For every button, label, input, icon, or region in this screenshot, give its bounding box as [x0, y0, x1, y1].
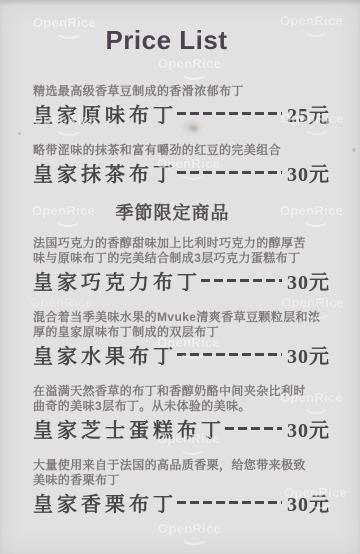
item-price: 30元	[287, 414, 330, 443]
item-description-line: 味与原味布丁的完美结合制成3层巧克力蛋糕布丁	[33, 251, 330, 266]
item-name: 皇家香栗布丁	[33, 488, 177, 517]
item-name: 皇家抹茶布丁	[33, 158, 177, 187]
item-description-line: 在溢满天然香草的布丁和香醇奶酪中间夹杂比利时	[33, 384, 330, 399]
item-description-line: 法国巧克力的香醇甜味加上比利时巧克力的醇厚苦	[33, 236, 330, 251]
item-row: 皇家芝士蛋糕布丁 30元	[33, 416, 330, 440]
item-price: 30元	[287, 266, 330, 295]
dash-leader	[177, 342, 284, 366]
item-row: 皇家巧克力布丁 30元	[33, 268, 330, 292]
item-description-line: 美味的香栗布丁	[33, 473, 330, 488]
item-description-line: 曲奇的美味3层布丁。从未体验的美味。	[33, 399, 330, 414]
openrice-watermark-text: OpenRice	[158, 522, 216, 535]
section-items: 精选最高级香草豆制成的香滑浓郁布丁 皇家原味布丁 25元 略带涩味的抹茶和富有嚼…	[33, 84, 330, 184]
item-price: 30元	[287, 488, 330, 517]
page-title: Price List	[18, 24, 315, 56]
item-description: 法国巧克力的香醇甜味加上比利时巧克力的醇厚苦味与原味布丁的完美结合制成3层巧克力…	[33, 236, 330, 266]
item-description: 大量使用来自于法国的高品质香栗，给您带来极致美味的香栗布丁	[33, 458, 330, 488]
item-description-line: 大量使用来自于法国的高品质香栗，给您带来极致	[33, 458, 330, 473]
dash-leader	[177, 101, 284, 125]
item-description: 略带涩味的抹茶和富有嚼劲的红豆的完美组合	[33, 143, 330, 158]
menu-item: 大量使用来自于法国的高品质香栗，给您带来极致美味的香栗布丁 皇家香栗布丁 30元	[33, 458, 330, 514]
section-header: 季節限定商品	[24, 202, 321, 224]
item-price: 30元	[287, 158, 330, 187]
openrice-watermark-text: OpenRice	[158, 57, 216, 70]
item-row: 皇家水果布丁 30元	[33, 342, 330, 366]
menu-item: 精选最高级香草豆制成的香滑浓郁布丁 皇家原味布丁 25元	[33, 84, 330, 125]
smile-arc-icon	[180, 529, 208, 545]
item-name: 皇家巧克力布丁	[33, 266, 201, 295]
item-price: 30元	[287, 340, 330, 369]
menu-item: 在溢满天然香草的布丁和香醇奶酪中间夹杂比利时曲奇的美味3层布丁。从未体验的美味。…	[33, 384, 330, 440]
smile-arc-icon	[180, 64, 208, 80]
item-description-line: 略带涩味的抹茶和富有嚼劲的红豆的完美组合	[33, 143, 330, 158]
section-items: 法国巧克力的香醇甜味加上比利时巧克力的醇厚苦味与原味布丁的完美结合制成3层巧克力…	[33, 236, 330, 514]
openrice-watermark-logo: OpenRice	[158, 57, 216, 77]
item-price: 25元	[287, 99, 330, 128]
item-name: 皇家原味布丁	[33, 99, 177, 128]
menu-section: 季節限定商品 法国巧克力的香醇甜味加上比利时巧克力的醇厚苦味与原味布丁的完美结合…	[33, 202, 330, 514]
menu: 精选最高级香草豆制成的香滑浓郁布丁 皇家原味布丁 25元 略带涩味的抹茶和富有嚼…	[33, 84, 330, 514]
item-row: 皇家抹茶布丁 30元	[33, 160, 330, 184]
menu-item: 略带涩味的抹茶和富有嚼劲的红豆的完美组合 皇家抹茶布丁 30元	[33, 143, 330, 184]
item-name: 皇家水果布丁	[33, 340, 177, 369]
item-description-line: 精选最高级香草豆制成的香滑浓郁布丁	[33, 84, 330, 99]
dash-leader	[225, 416, 284, 440]
menu-item: 混合着当季美味水果的Mvuke清爽香草豆颗粒层和浓厚的皇家原味布丁制成的双层布丁…	[33, 310, 330, 366]
item-description-line: 厚的皇家原味布丁制成的双层布丁	[33, 325, 330, 340]
item-description: 在溢满天然香草的布丁和香醇奶酪中间夹杂比利时曲奇的美味3层布丁。从未体验的美味。	[33, 384, 330, 414]
paper-speck	[18, 132, 21, 135]
dash-leader	[201, 268, 284, 292]
item-name: 皇家芝士蛋糕布丁	[33, 414, 225, 443]
item-description: 精选最高级香草豆制成的香滑浓郁布丁	[33, 84, 330, 99]
openrice-watermark-logo: OpenRice	[158, 522, 216, 542]
dash-leader	[177, 160, 284, 184]
price-list-photo: Price List 精选最高级香草豆制成的香滑浓郁布丁 皇家原味布丁 25元 …	[0, 0, 360, 554]
item-description-line: 混合着当季美味水果的Mvuke清爽香草豆颗粒层和浓	[33, 310, 330, 325]
paper-speck	[352, 148, 356, 152]
menu-section: 精选最高级香草豆制成的香滑浓郁布丁 皇家原味布丁 25元 略带涩味的抹茶和富有嚼…	[33, 84, 330, 184]
item-description: 混合着当季美味水果的Mvuke清爽香草豆颗粒层和浓厚的皇家原味布丁制成的双层布丁	[33, 310, 330, 340]
item-row: 皇家原味布丁 25元	[33, 101, 330, 125]
menu-item: 法国巧克力的香醇甜味加上比利时巧克力的醇厚苦味与原味布丁的完美结合制成3层巧克力…	[33, 236, 330, 292]
dash-leader	[177, 490, 284, 514]
item-row: 皇家香栗布丁 30元	[33, 490, 330, 514]
